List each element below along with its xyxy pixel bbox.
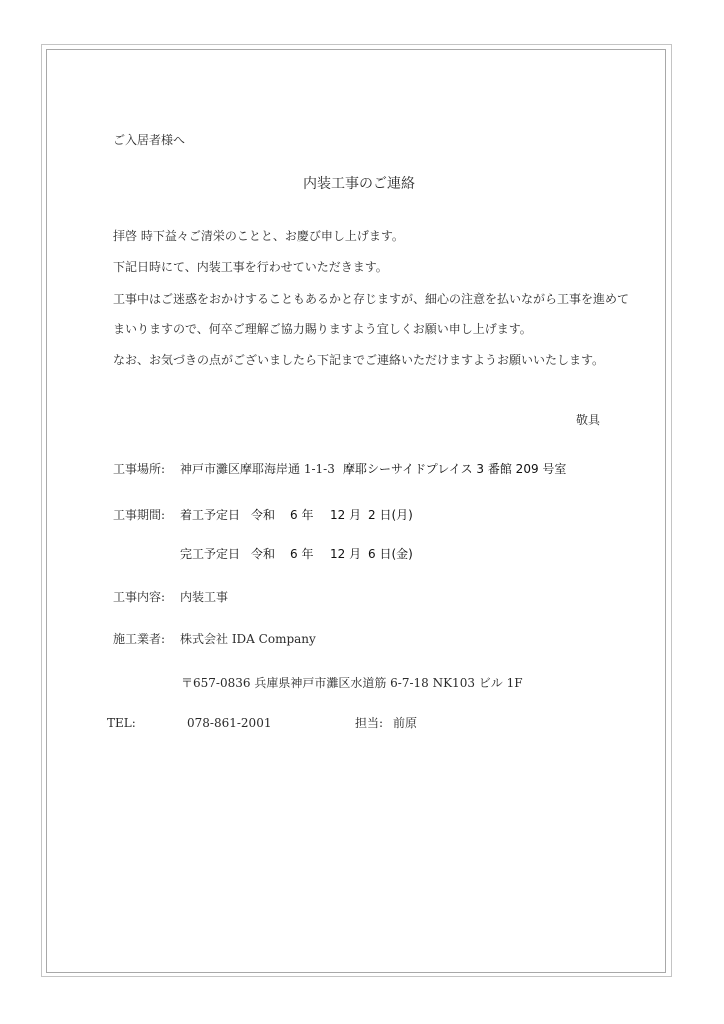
recipient-greeting: ご入居者様へ — [113, 133, 185, 147]
closing-keigu: 敬具 — [576, 413, 600, 427]
start-month: 12 月 — [330, 508, 361, 522]
document-title: 内装工事のご連絡 — [303, 176, 415, 192]
end-day: 6 日(金) — [368, 547, 413, 561]
period-label: 工事期間: — [113, 508, 165, 522]
end-month: 12 月 — [330, 547, 361, 561]
start-day: 2 日(月) — [368, 508, 413, 522]
body-line-2: 下記日時にて、内装工事を行わせていただきます。 — [113, 260, 388, 274]
end-year: 6 年 — [290, 547, 313, 561]
body-line-4: まいりますので、何卒ご理解ご協力賜りますよう宜しくお願い申し上げます。 — [113, 322, 532, 336]
body-line-5: なお、お気づきの点がございましたら下記までご連絡いただけますようお願いいたします… — [113, 353, 604, 367]
contractor-label: 施工業者: — [113, 632, 165, 646]
content-label: 工事内容: — [113, 590, 165, 604]
start-label: 着工予定日 — [180, 508, 240, 522]
end-label: 完工予定日 — [180, 547, 240, 561]
end-era: 令和 — [251, 547, 275, 561]
contractor-address: 〒657-0836 兵庫県神戸市灘区水道筋 6-7-18 NK103 ビル 1F — [181, 676, 523, 690]
location-building: 摩耶シーサイドプレイス 3 番館 209 号室 — [343, 462, 566, 476]
contact-name: 前原 — [393, 716, 417, 730]
start-era: 令和 — [251, 508, 275, 522]
contact-label: 担当: — [355, 716, 383, 730]
body-line-1: 拝啓 時下益々ご清栄のことと、お慶び申し上げます。 — [113, 229, 404, 243]
contractor-name: 株式会社 IDA Company — [180, 632, 316, 646]
content-value: 内装工事 — [180, 590, 228, 604]
location-label: 工事場所: — [113, 462, 165, 476]
start-year: 6 年 — [290, 508, 313, 522]
body-line-3: 工事中はご迷惑をおかけすることもあるかと存じますが、細心の注意を払いながら工事を… — [113, 292, 629, 306]
location-address: 神戸市灘区摩耶海岸通 1-1-3 — [180, 462, 335, 476]
tel-number: 078-861-2001 — [187, 716, 271, 730]
tel-label: TEL: — [107, 716, 136, 730]
